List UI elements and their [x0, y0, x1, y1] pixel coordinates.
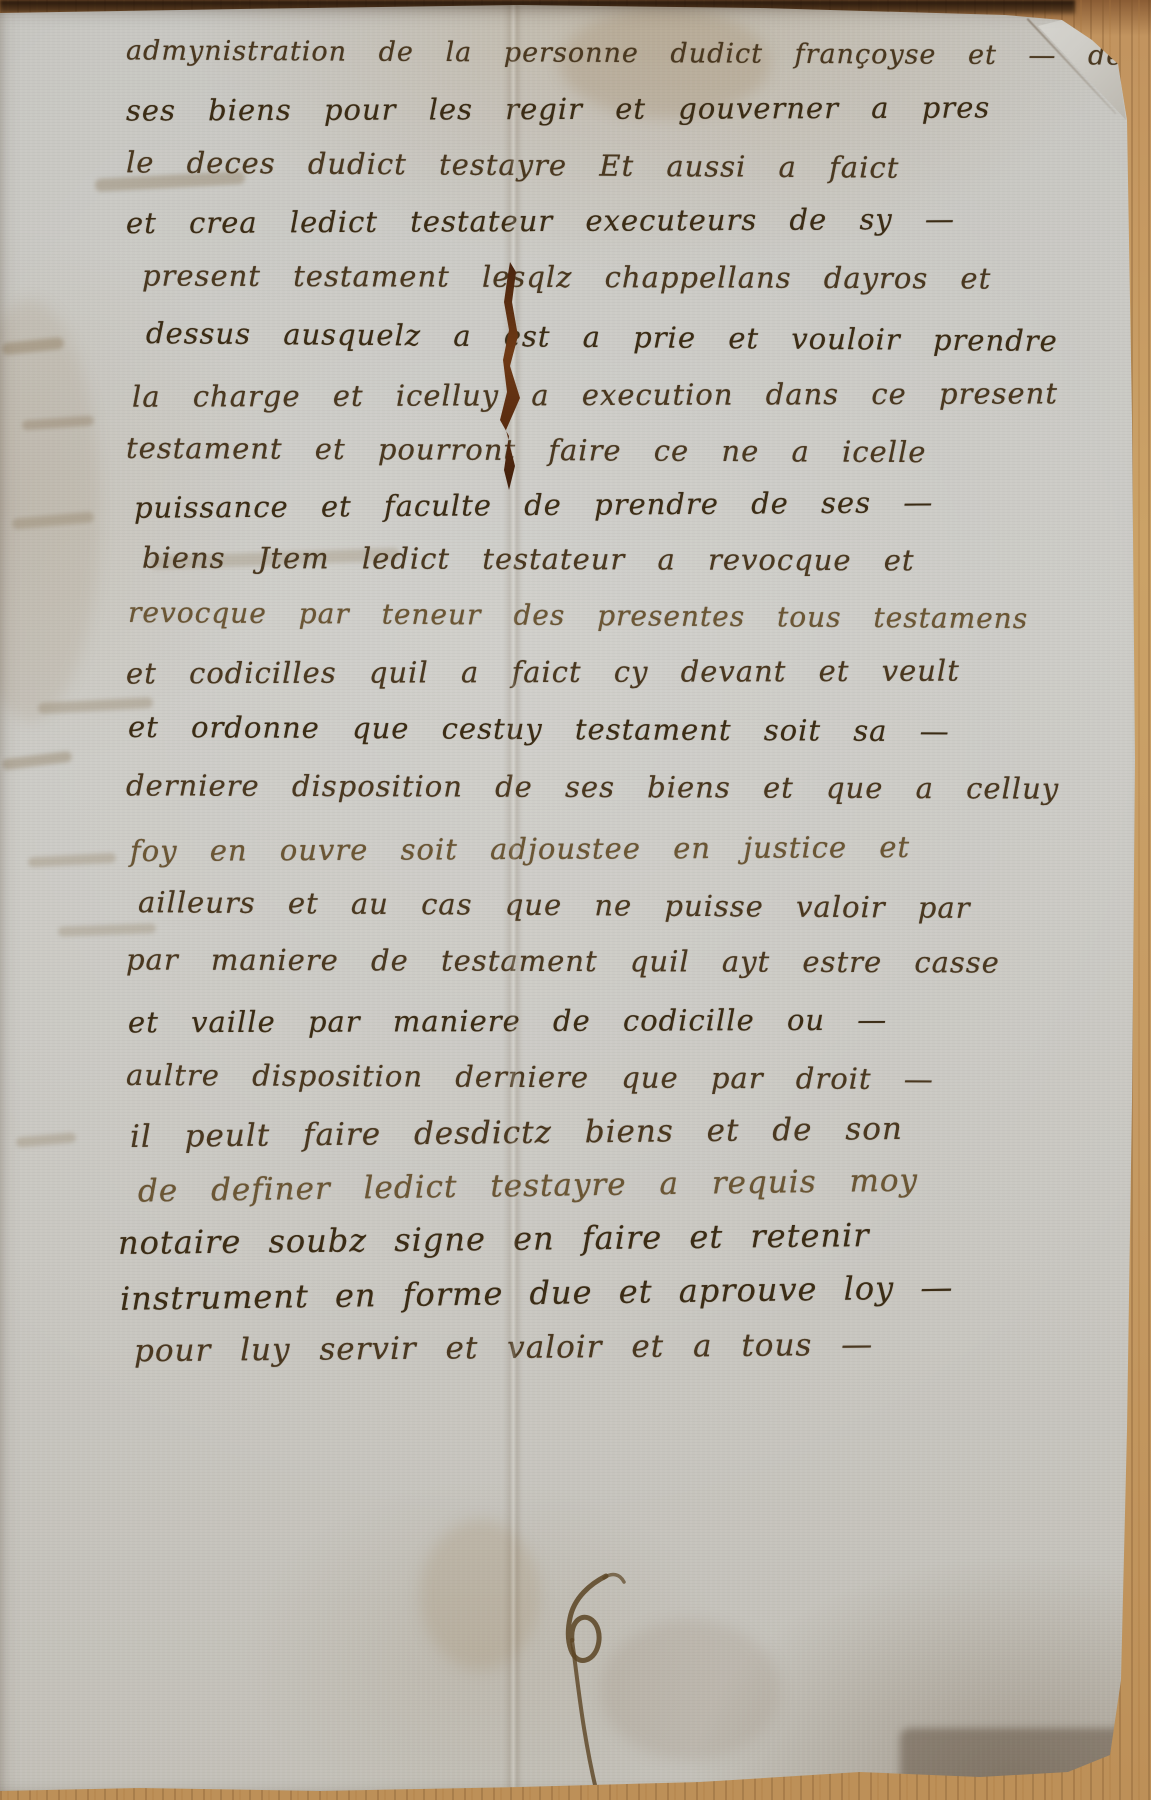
ink-bleed-mark [28, 853, 116, 868]
ink-bleed-mark [2, 751, 73, 770]
handwriting-line: instrument en forme due et aprouve loy — [120, 1268, 954, 1318]
handwriting-line: par maniere de testament quil ayt estre … [126, 942, 1000, 979]
handwriting-line: et ordonne que cestuy testament soit sa … [128, 710, 950, 748]
handwriting-line: la charge et icelluy a execution dans ce… [132, 376, 1058, 413]
ink-bleed-mark [58, 923, 156, 936]
handwriting-line: admynistration de la personne dudict fra… [126, 35, 1123, 71]
ink-bleed-mark [2, 337, 65, 355]
notary-paraph-flourish [520, 1570, 670, 1800]
handwriting-line: derniere disposition de ses biens et que… [126, 768, 1059, 805]
handwriting-line: puissance et faculte de prendre de ses — [134, 485, 933, 525]
manuscript-page: admynistration de la personne dudict fra… [0, 0, 1151, 1800]
handwriting-line: ailleurs et au cas que ne puisse valoir … [138, 885, 971, 925]
handwriting-line: dessus ausquelz a est a prie et vouloir … [146, 316, 1058, 358]
handwriting-line: present testament lesqlz chappellans day… [142, 259, 991, 296]
ink-bleed-mark [22, 416, 95, 431]
handwriting-line: ses biens pour les regir et gouverner a … [126, 90, 990, 127]
handwriting-line: revocque par teneur des presentes tous t… [128, 596, 1028, 635]
manuscript-photo: admynistration de la personne dudict fra… [0, 0, 1151, 1800]
handwriting-line: aultre disposition derniere que par droi… [126, 1058, 934, 1096]
handwriting-line: et crea ledict testateur executeurs de s… [126, 202, 955, 240]
handwriting-line: biens Jtem ledict testateur a revocque e… [142, 541, 915, 578]
ink-bleed-mark [16, 1132, 77, 1147]
ink-bleed-mark [12, 511, 95, 529]
handwriting-line: de definer ledict testayre a requis moy [138, 1163, 918, 1210]
handwriting-line: et codicilles quil a faict cy devant et … [126, 654, 960, 691]
handwriting-line: testament et pourront faire ce ne a icel… [126, 431, 927, 469]
handwriting-line: notaire soubz signe en faire et retenir [118, 1216, 870, 1262]
stain [0, 300, 100, 720]
